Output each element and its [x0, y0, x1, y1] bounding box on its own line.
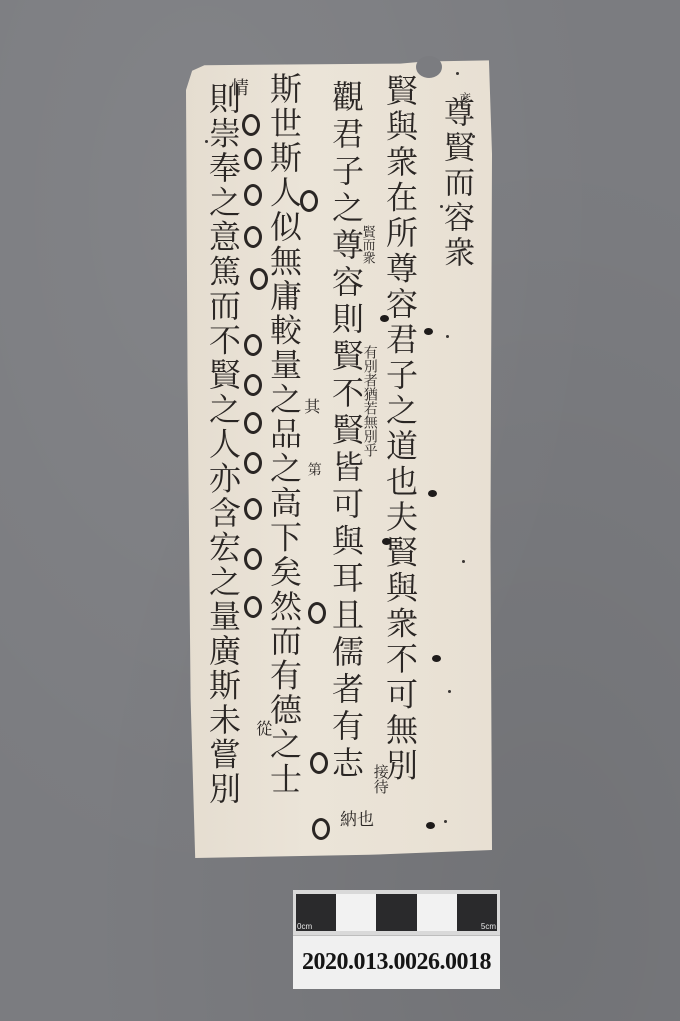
scale-bar: 0cm 5cm — [293, 890, 500, 935]
ink-circle-mark — [312, 818, 330, 840]
ink-circle-mark — [244, 548, 262, 570]
ink-dot — [382, 538, 391, 545]
essay-title: 尊賢而容衆 — [440, 96, 471, 271]
scale-left-label: 0cm — [297, 922, 312, 931]
speck — [444, 820, 447, 823]
annotation-4: 第 — [306, 462, 321, 476]
ink-circle-mark — [300, 190, 318, 212]
ink-circle-mark — [244, 596, 262, 618]
speck — [448, 690, 451, 693]
ink-circle-mark — [244, 412, 262, 434]
text-column-1: 賢與衆在所尊容君子之道也夫賢與衆不可無別 — [384, 74, 416, 784]
scale-segment — [417, 894, 457, 931]
ink-circle-mark — [244, 374, 262, 396]
annotation-1: 賢而衆 — [360, 225, 374, 264]
accession-number-label: 2020.013.0026.0018 — [293, 935, 500, 989]
ink-circle-mark — [250, 268, 268, 290]
annotation-2: 有別者猶若無別乎 — [362, 345, 377, 457]
title-mark: 彦 — [458, 92, 471, 104]
scale-right-label: 5cm — [481, 922, 496, 931]
ink-dot — [426, 822, 435, 829]
text-column-3: 斯世斯人似無庸較量之品之高下矣然而有德之士 — [268, 72, 300, 797]
annotation-5: 從 — [254, 720, 271, 736]
scale-segment — [336, 894, 376, 931]
scale-segment: 0cm — [296, 894, 336, 931]
ink-circle-mark — [244, 184, 262, 206]
annotation-3: 其 — [302, 398, 319, 414]
text-column-2: 觀君子之尊容則賢不賢皆可與耳且儒者有志 — [330, 80, 362, 783]
scale-segment: 5cm — [457, 894, 497, 931]
ink-circle-mark — [244, 226, 262, 248]
speck — [462, 560, 465, 563]
speck — [446, 335, 449, 338]
annotation-8: 情 — [228, 78, 247, 96]
speck — [205, 140, 208, 143]
ink-dot — [424, 328, 433, 335]
scale-segment — [376, 894, 416, 931]
ink-circle-mark — [242, 114, 260, 136]
speck — [440, 205, 443, 208]
ink-dot — [380, 315, 389, 322]
speck — [212, 300, 215, 303]
annotation-6: 接待 — [372, 764, 388, 794]
ink-circle-mark — [244, 334, 262, 356]
speck — [472, 135, 475, 138]
annotation-7: 納也 — [340, 812, 374, 830]
text-column-4: 則崇奉之意篤而不賢之人亦含宏之量廣斯未嘗別 — [207, 82, 239, 807]
ink-circle-mark — [308, 602, 326, 624]
ink-circle-mark — [244, 148, 262, 170]
torn-corner — [416, 56, 442, 78]
ink-circle-mark — [244, 452, 262, 474]
ink-dot — [432, 655, 441, 662]
ink-circle-mark — [244, 498, 262, 520]
ink-circle-mark — [310, 752, 328, 774]
ink-dot — [428, 490, 437, 497]
speck — [456, 72, 459, 75]
